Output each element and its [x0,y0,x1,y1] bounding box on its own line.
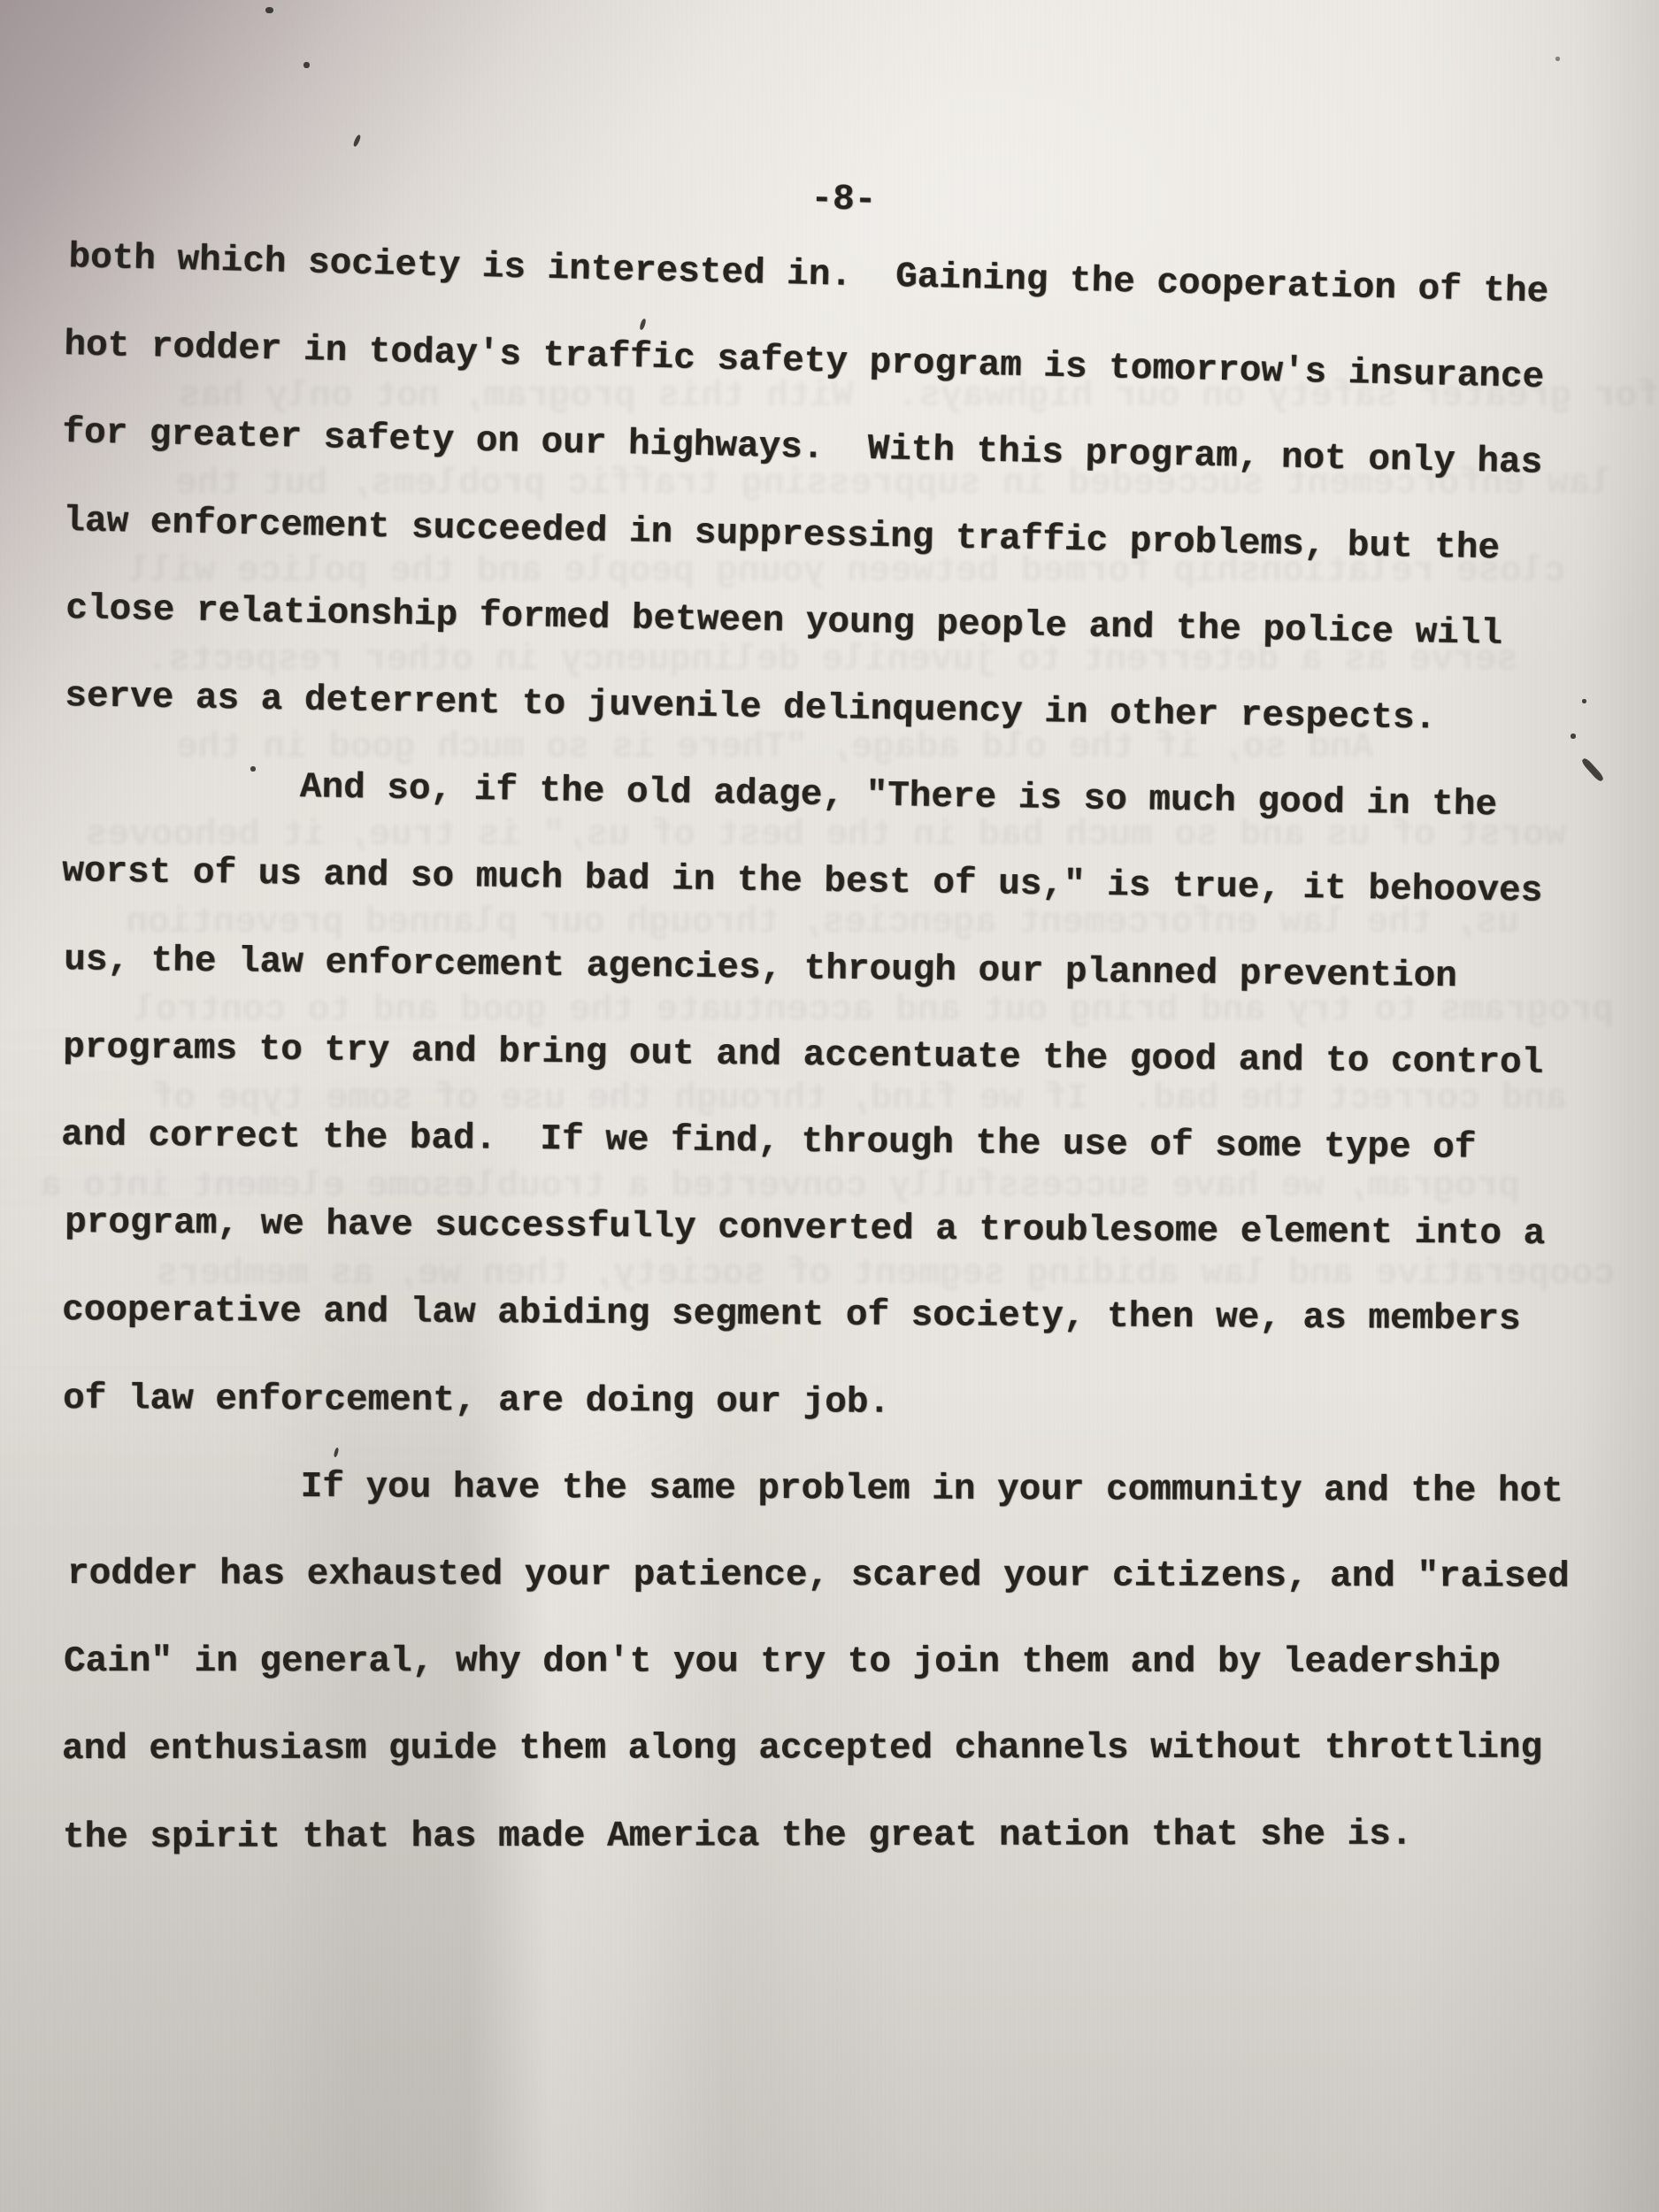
text-line: law enforcement succeeded in suppressing… [63,503,1500,567]
text-line: cooperative and law abiding segment of s… [62,1293,1521,1339]
text-line: the spirit that has made America the gre… [63,1816,1413,1855]
text-line: worst of us and so much bad in the best … [62,854,1542,910]
text-line: hot rodder in today's traffic safety pro… [64,327,1545,396]
text-line: and enthusiasm guide them along accepted… [62,1731,1542,1768]
text-line: of law enforcement, are doing our job. [63,1381,890,1422]
text-line: for greater safety on our highways. With… [62,415,1543,482]
text-line: serve as a deterrent to juvenile delinqu… [65,679,1437,737]
text-line: and correct the bad. If we find, through… [61,1118,1477,1167]
text-line: programs to try and bring out and accent… [63,1030,1543,1082]
text-line: program, we have successfully converted … [65,1205,1545,1253]
text-line: If you have the same problem in your com… [61,1469,1563,1510]
text-line: Cain" in general, why don't you try to j… [64,1644,1501,1681]
typewritten-text: both which society is interested in. Gai… [0,0,1659,2212]
text-line: us, the law enforcement agencies, throug… [64,942,1457,995]
text-line: both which society is interested in. Gai… [68,240,1549,311]
text-line: close relationship formed between young … [65,591,1502,653]
document-page: for greater safety on our highways. With… [0,0,1659,2212]
text-line: And so, if the old adage, "There is so m… [60,766,1497,824]
text-line: rodder has exhausted your patience, scar… [67,1556,1570,1596]
